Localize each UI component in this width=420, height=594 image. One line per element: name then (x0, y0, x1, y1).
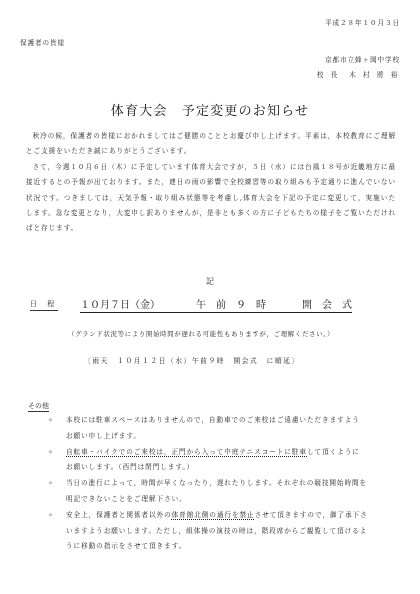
schedule-label: 日 程 (30, 299, 58, 311)
other-list: ✧ 本校には駐車スペースはありませんので，自動車でのご来校はご遠慮いただきますよ… (48, 413, 418, 555)
underlined-text: 自転車・バイクでのご来校は，正門から入って中庭テニスコートに駐車 (66, 448, 307, 456)
schedule-time: 午 前 ９ 時 (196, 296, 266, 311)
list-item: ✧ 安全上，保護者と関係者以外の体育館北側の通行を禁止させて頂きますので，御了承… (48, 508, 418, 555)
schedule-date: １０月７日（金） (80, 296, 160, 311)
underlined-text: 体育館北側の通行を禁止 (172, 511, 255, 519)
list-item: ✧ 本校には駐車スペースはありませんので，自動車でのご来校はご遠慮いただきますよ… (48, 413, 418, 445)
school-name: 京都市立蜂ヶ岡中学校 (325, 57, 400, 64)
diamond-star-icon: ✧ (48, 413, 54, 429)
diamond-star-icon: ✧ (48, 445, 54, 461)
body-text: 秋冷の候，保護者の皆様におかれましてはご健勝のこととお慶び申し上げます。平素は，… (26, 129, 396, 237)
other-heading: その他 (28, 401, 49, 412)
rain-date: 〔雨天 １０月１２日（水）午前９時 開会式 に順延〕 (84, 355, 300, 365)
schedule-main: １０月７日（金） 午 前 ９ 時 開 会 式 (80, 296, 352, 313)
diamond-star-icon: ✧ (48, 508, 54, 524)
addressee: 保護者の皆様 (20, 40, 65, 47)
body-paragraph: 秋冷の候，保護者の皆様におかれましてはご健勝のこととお慶び申し上げます。平素は，… (26, 129, 396, 160)
ki-heading: 記 (0, 276, 420, 287)
schedule-event: 開 会 式 (302, 296, 352, 311)
document-date: 平成２８年１０月３日 (325, 20, 400, 27)
list-item: ✧ 当日の進行によって，時間が早くなったり，遅れたりします。それぞれの競技開始時… (48, 476, 418, 508)
list-item: ✧ 自転車・バイクでのご来校は，正門から入って中庭テニスコートに駐車して頂くよう… (48, 445, 418, 477)
body-paragraph: さて，今週１０月６日（木）に予定しています体育大会ですが，５日（水）には台風１８… (26, 160, 396, 237)
schedule-note: （グランド状況等により開始時間が遅れる可能性もありますが，ご理解ください。） (68, 329, 334, 338)
principal-name: 校 長 木 村 將 裕 (317, 72, 400, 79)
page-title: 体育大会 予定変更のお知らせ (0, 100, 420, 119)
diamond-star-icon: ✧ (48, 476, 54, 492)
